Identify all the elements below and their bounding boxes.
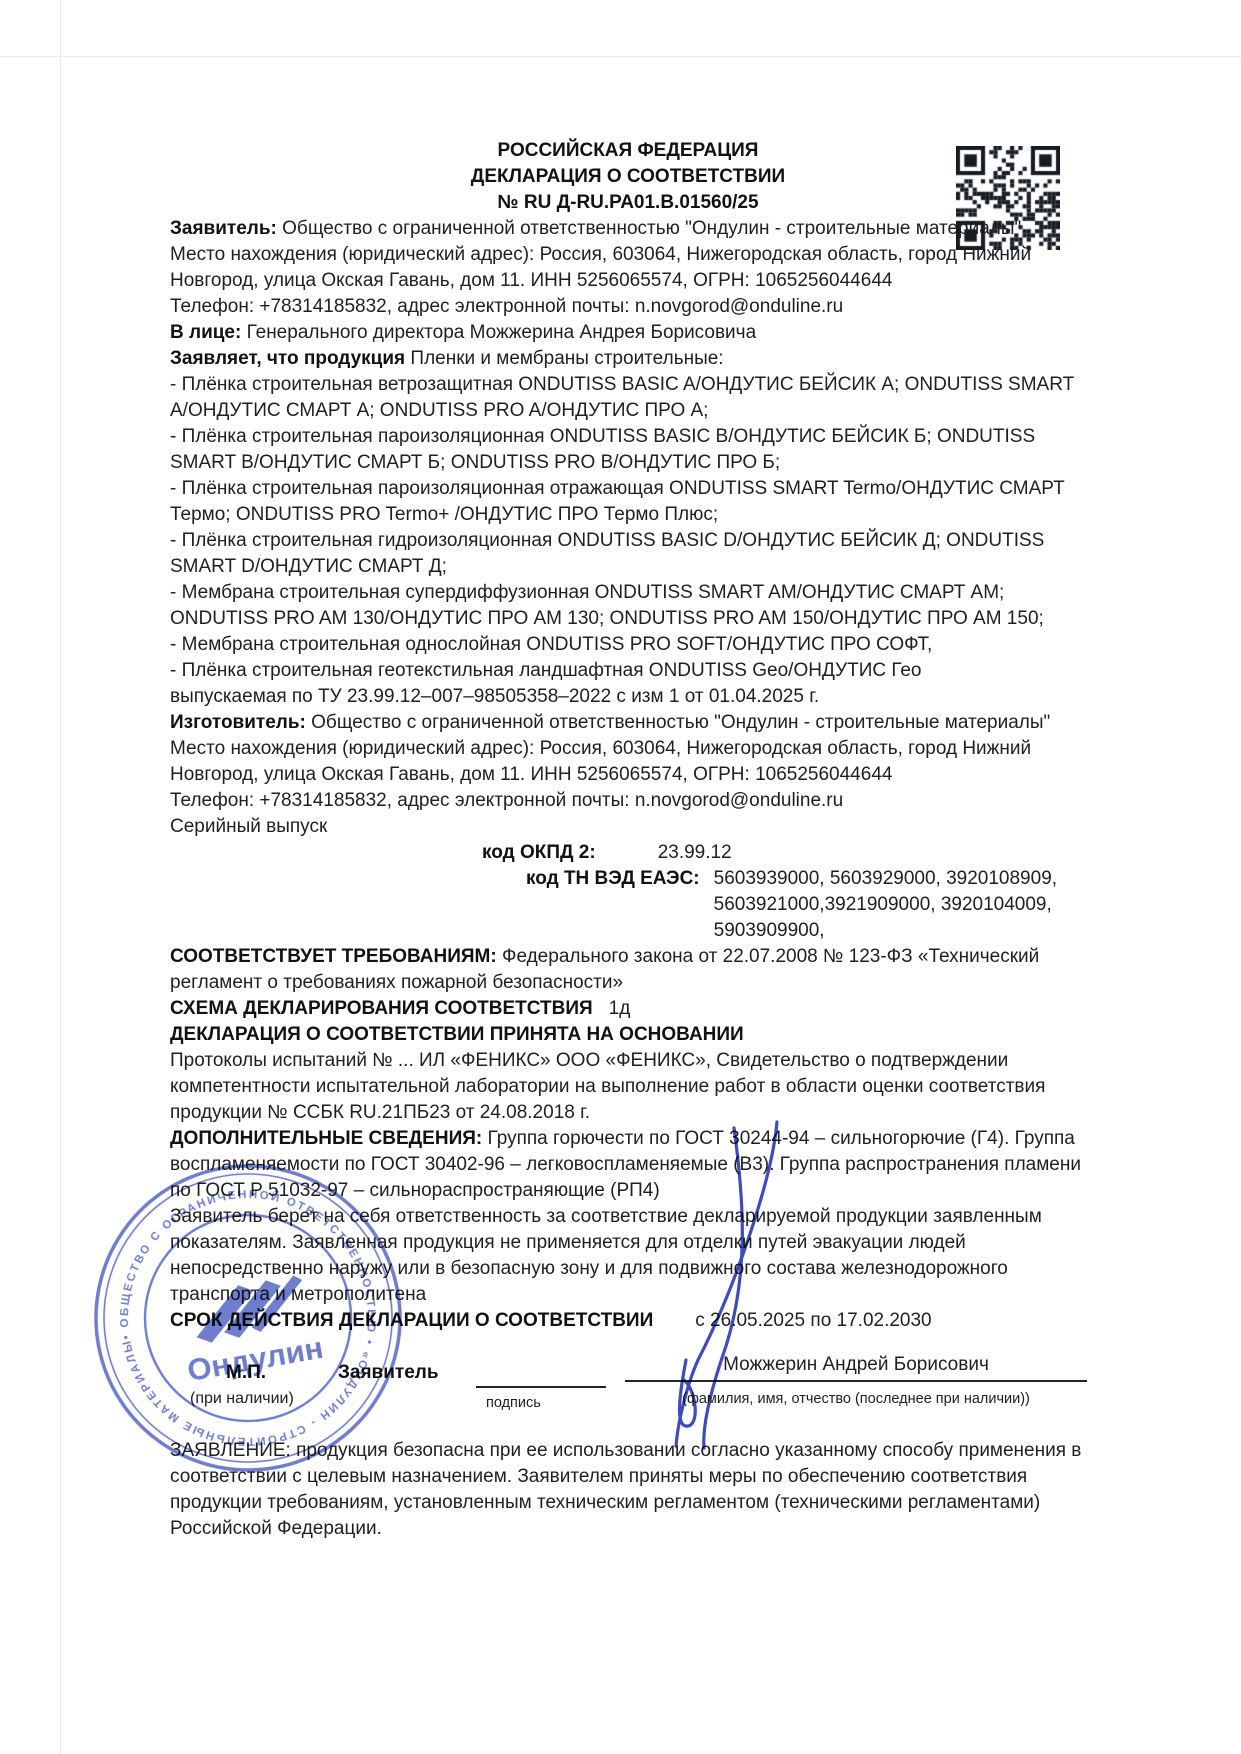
product-item: - Плёнка строительная геотекстильная лан… (170, 658, 1086, 684)
okpd-label: код ОКПД 2: (482, 840, 596, 866)
country-title: РОССИЙСКАЯ ФЕДЕРАЦИЯ (170, 138, 1086, 164)
product-item: - Плёнка строительная пароизоляционная о… (170, 476, 1086, 528)
declares-text: Пленки и мембраны строительные: (410, 348, 723, 369)
paragraph-declares: Заявляет, что продукция Пленки и мембран… (170, 346, 1086, 372)
in-person-label: В лице: (170, 322, 241, 343)
product-item: - Плёнка строительная гидроизоляционная … (170, 528, 1086, 580)
paragraph-complies: СООТВЕТСТВУЕТ ТРЕБОВАНИЯМ: Федерального … (170, 944, 1086, 996)
product-item: - Мембрана строительная супердиффузионна… (170, 580, 1086, 632)
okpd-value: 23.99.12 (658, 840, 732, 866)
manufacturer-name: Общество с ограниченной ответственностью… (311, 712, 1050, 733)
complies-label: СООТВЕТСТВУЕТ ТРЕБОВАНИЯМ: (170, 946, 497, 967)
tnved-label: код ТН ВЭД ЕАЭС: (526, 866, 700, 944)
applicant-name: Общество с ограниченной ответственностью… (282, 218, 1021, 239)
okpd-row: код ОКПД 2: 23.99.12 (170, 840, 1086, 866)
tnved-values: 5603939000, 5603929000, 3920108909, 5603… (714, 866, 1057, 944)
scheme-value: 1д (609, 998, 631, 1019)
company-round-stamp: • ОБЩЕСТВО С ОГРАНИЧЕННОЙ ОТВЕТСТВЕННОСТ… (60, 1130, 435, 1505)
applicant-address: Место нахождения (юридический адрес): Ро… (170, 242, 1086, 294)
signature-caption: подпись (486, 1390, 541, 1416)
manufacturer-phone: Телефон: +78314185832, адрес электронной… (170, 788, 1086, 814)
tnved-line: 5603921000,3921909000, 3920104009, (714, 892, 1057, 918)
serial-issue: Серийный выпуск (170, 814, 1086, 840)
tnved-line: 5903909900, (714, 918, 1057, 944)
basis-heading: ДЕКЛАРАЦИЯ О СООТВЕТСТВИИ ПРИНЯТА НА ОСН… (170, 1022, 1086, 1048)
scan-page-edge (60, 0, 61, 1754)
product-item: - Мембрана строительная однослойная ONDU… (170, 632, 1086, 658)
handwritten-signature (626, 1110, 826, 1462)
basis-label: ДЕКЛАРАЦИЯ О СООТВЕТСТВИИ ПРИНЯТА НА ОСН… (170, 1024, 744, 1045)
in-person-text: Генерального директора Можжерина Андрея … (247, 322, 757, 343)
tu-line: выпускаемая по ТУ 23.99.12–007–98505358–… (170, 684, 1086, 710)
scheme-label: СХЕМА ДЕКЛАРИРОВАНИЯ СООТВЕТСТВИЯ (170, 998, 593, 1019)
scheme-row: СХЕМА ДЕКЛАРИРОВАНИЯ СООТВЕТСТВИЯ1д (170, 996, 1086, 1022)
tnved-row: код ТН ВЭД ЕАЭС: 5603939000, 5603929000,… (170, 866, 1086, 944)
signature-line (476, 1358, 606, 1388)
manufacturer-address: Место нахождения (юридический адрес): Ро… (170, 736, 1086, 788)
tnved-line: 5603939000, 5603929000, 3920108909, (714, 866, 1057, 892)
declares-label: Заявляет, что продукция (170, 348, 405, 369)
applicant-phone: Телефон: +78314185832, адрес электронной… (170, 294, 1086, 320)
manufacturer-label: Изготовитель: (170, 712, 306, 733)
product-item: - Плёнка строительная ветрозащитная ONDU… (170, 372, 1086, 424)
applicant-label: Заявитель: (170, 218, 277, 239)
document-page: РОССИЙСКАЯ ФЕДЕРАЦИЯ ДЕКЛАРАЦИЯ О СООТВЕ… (0, 0, 1241, 1754)
declaration-number: № RU Д-RU.РА01.В.01560/25 (170, 190, 1086, 216)
paragraph-manufacturer: Изготовитель: Общество с ограниченной от… (170, 710, 1086, 736)
paragraph-applicant: Заявитель: Общество с ограниченной ответ… (170, 216, 1086, 242)
paragraph-in-person: В лице: Генерального директора Можжерина… (170, 320, 1086, 346)
product-item: - Плёнка строительная пароизоляционная O… (170, 424, 1086, 476)
document-title: ДЕКЛАРАЦИЯ О СООТВЕТСТВИИ (170, 164, 1086, 190)
scan-page-edge-top (0, 56, 1241, 57)
